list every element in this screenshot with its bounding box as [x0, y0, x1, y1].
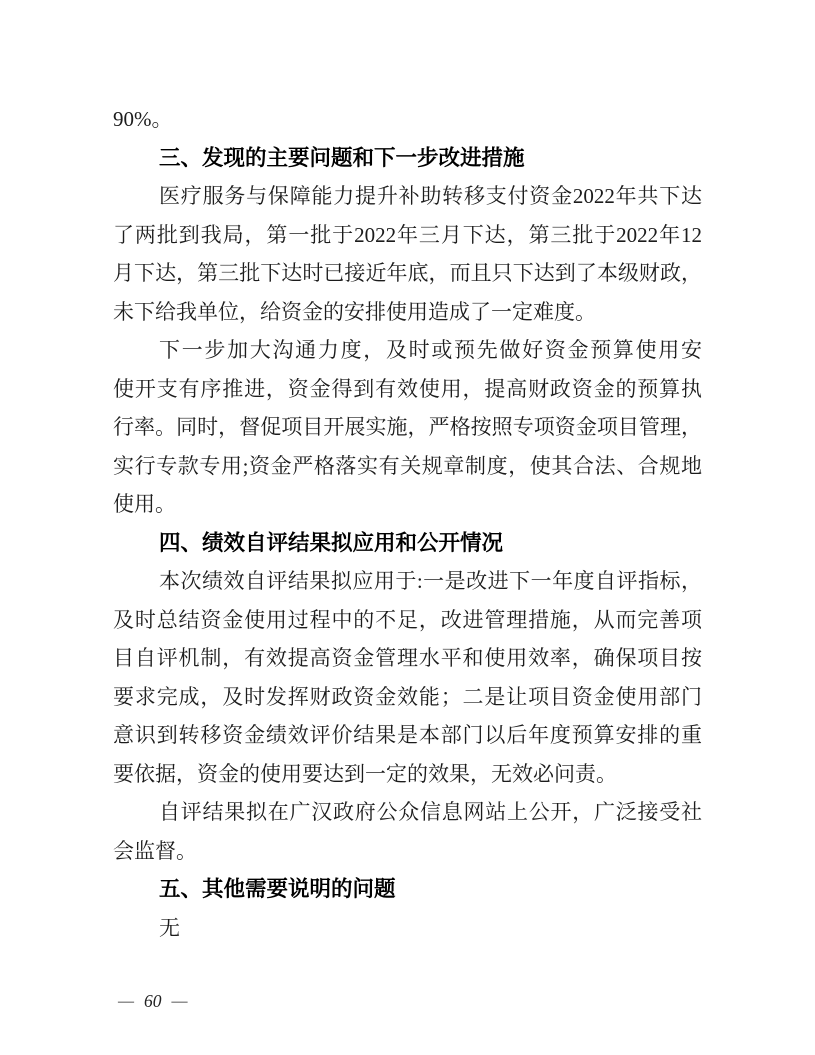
paragraph-line: 实行专款专用;资金严格落实有关规章制度，使其合法、合规地 [113, 447, 702, 486]
page-number: 60 [144, 991, 162, 1012]
paragraph-line: 使用。 [113, 485, 702, 524]
paragraph-line: 行率。同时，督促项目开展实施，严格按照专项资金项目管理， [113, 408, 702, 447]
footer-dash-left: — [118, 993, 134, 1011]
document-page: 90%。 三、发现的主要问题和下一步改进措施 医疗服务与保障能力提升补助转移支付… [0, 0, 815, 1055]
paragraph-line: 医疗服务与保障能力提升补助转移支付资金2022年共下达 [113, 177, 702, 216]
paragraph-line: 月下达，第三批下达时已接近年底，而且只下达到了本级财政， [113, 254, 702, 293]
section-heading-5: 五、其他需要说明的问题 [113, 870, 702, 909]
paragraph-line: 无 [113, 909, 702, 948]
paragraph-line: 了两批到我局，第一批于2022年三月下达，第三批于2022年12 [113, 216, 702, 255]
continuation-line: 90%。 [113, 100, 702, 139]
paragraph-line: 目自评机制，有效提高资金管理水平和使用效率，确保项目按 [113, 639, 702, 678]
paragraph-line: 使开支有序推进，资金得到有效使用，提高财政资金的预算执 [113, 370, 702, 409]
paragraph-line: 自评结果拟在广汉政府公众信息网站上公开，广泛接受社 [113, 793, 702, 832]
paragraph-line: 未下给我单位，给资金的安排使用造成了一定难度。 [113, 293, 702, 332]
section-heading-3: 三、发现的主要问题和下一步改进措施 [113, 139, 702, 178]
paragraph-line: 会监督。 [113, 832, 702, 871]
paragraph-line: 及时总结资金使用过程中的不足，改进管理措施，从而完善项 [113, 601, 702, 640]
document-content: 90%。 三、发现的主要问题和下一步改进措施 医疗服务与保障能力提升补助转移支付… [113, 100, 702, 947]
paragraph-line: 下一步加大沟通力度，及时或预先做好资金预算使用安排， [113, 331, 702, 370]
section-heading-4: 四、绩效自评结果拟应用和公开情况 [113, 524, 702, 563]
paragraph-line: 要求完成，及时发挥财政资金效能；二是让项目资金使用部门 [113, 678, 702, 717]
paragraph-line: 本次绩效自评结果拟应用于:一是改进下一年度自评指标， [113, 562, 702, 601]
paragraph-line: 意识到转移资金绩效评价结果是本部门以后年度预算安排的重 [113, 716, 702, 755]
page-footer: — 60 — [118, 991, 188, 1012]
paragraph-line: 要依据，资金的使用要达到一定的效果，无效必问责。 [113, 755, 702, 794]
footer-dash-right: — [172, 993, 188, 1011]
